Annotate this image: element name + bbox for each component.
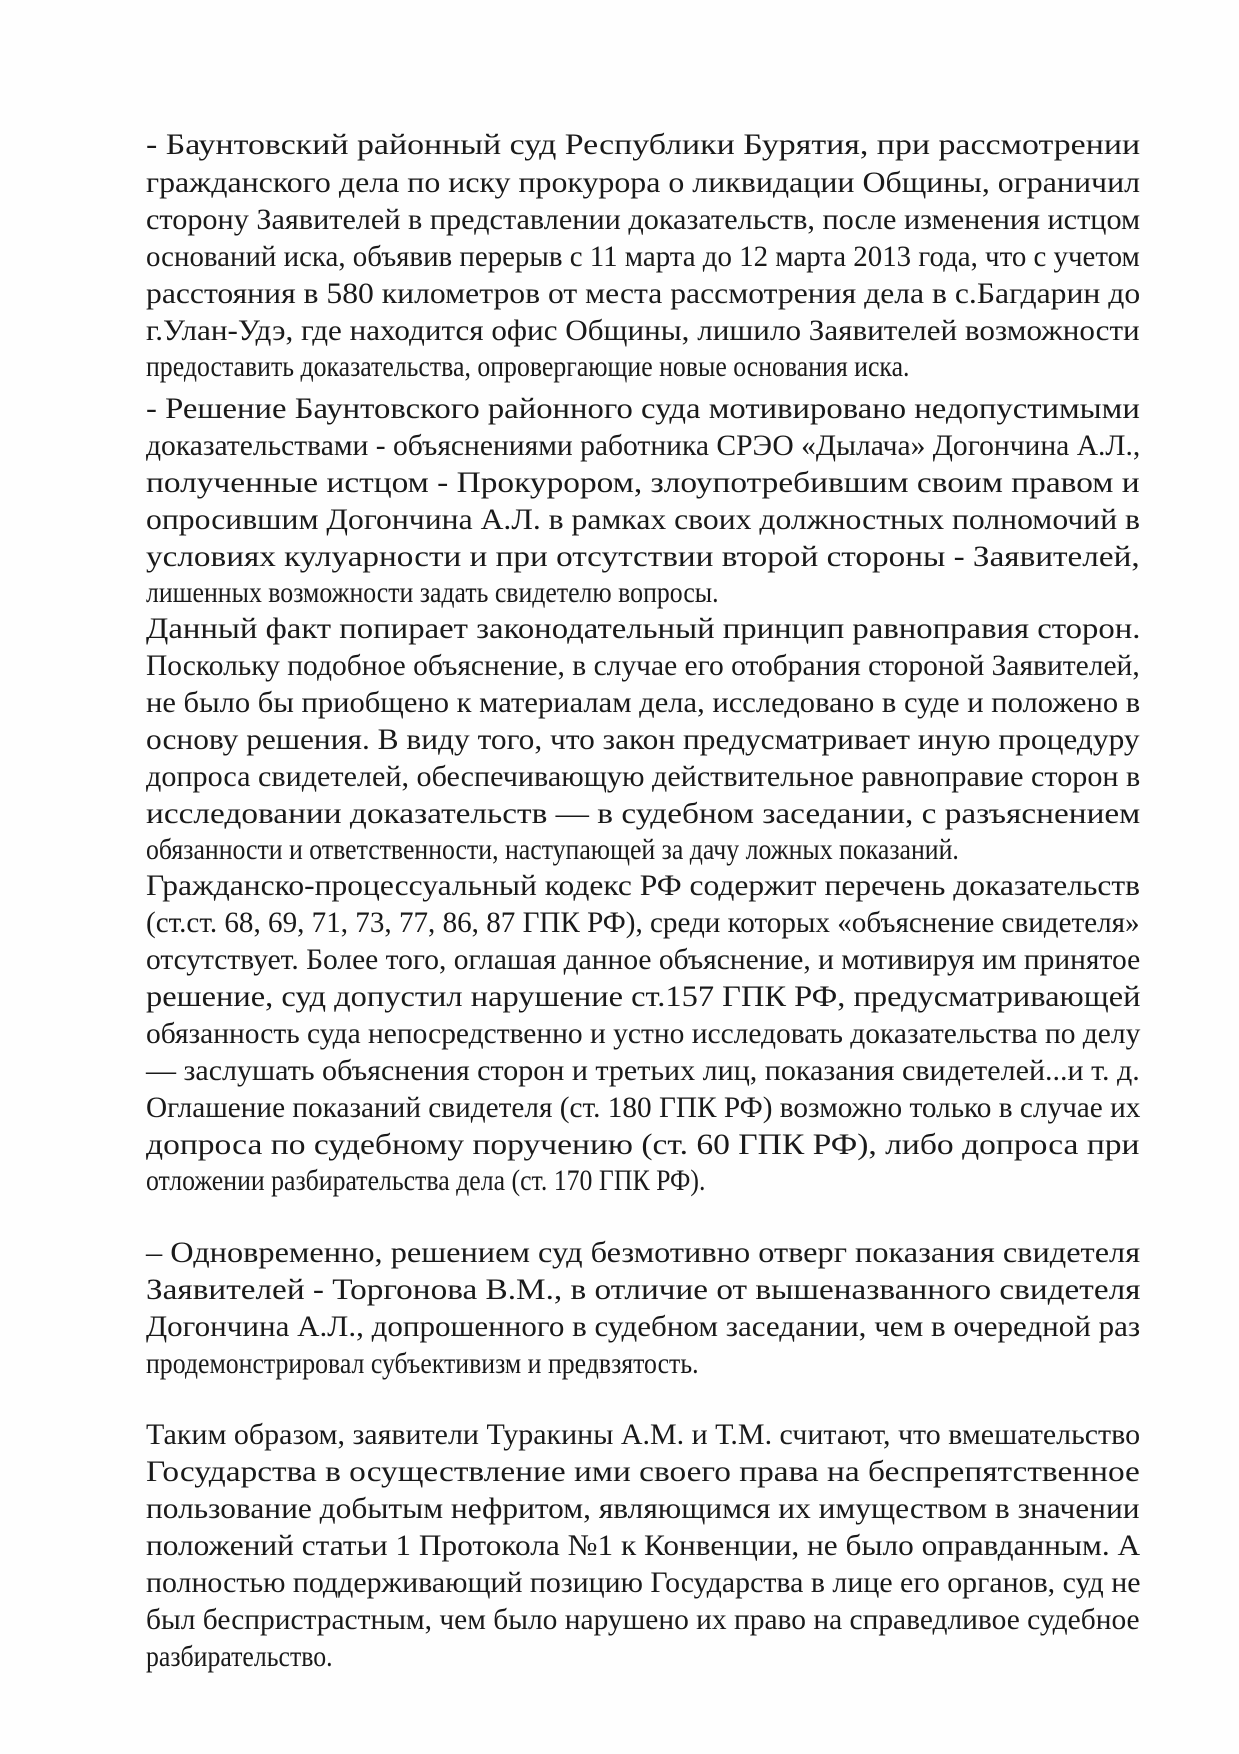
text-line: был беспристрастным, чем было нарушено и…: [146, 1603, 1140, 1637]
text-line: отсутствует. Более того, оглашая данное …: [146, 943, 1140, 977]
text-line: опросившим Догончина А.Л. в рамках своих…: [146, 503, 1140, 537]
text-line: обязанность суда непосредственно и устно…: [146, 1017, 1140, 1051]
text-line: предоставить доказательства, опровергающ…: [146, 350, 909, 384]
text-line: Заявителей - Торгонова В.М., в отличие о…: [146, 1273, 1140, 1307]
text-line: г.Улан-Удэ, где находится офис Общины, л…: [146, 314, 1140, 348]
text-line: разбирательство.: [146, 1640, 333, 1674]
text-line: — заслушать объяснения сторон и третьих …: [146, 1054, 1140, 1088]
text-line: положений статьи 1 Протокола №1 к Конвен…: [146, 1529, 1140, 1563]
text-line: – Одновременно, решением суд безмотивно …: [146, 1236, 1140, 1270]
text-line: доказательствами - объяснениями работник…: [146, 429, 1140, 463]
text-line: расстояния в 580 километров от места рас…: [146, 277, 1140, 311]
text-line: условиях кулуарности и при отсутствии вт…: [146, 540, 1140, 574]
text-line: Догончина А.Л., допрошенного в судебном …: [146, 1310, 1140, 1344]
text-line: продемонстрировал субъективизм и предвзя…: [146, 1347, 699, 1381]
text-line: - Баунтовский районный суд Республики Бу…: [146, 128, 1140, 162]
text-line: отложении разбирательства дела (ст. 170 …: [146, 1164, 705, 1198]
text-line: сторону Заявителей в представлении доказ…: [146, 203, 1140, 237]
text-line: лишенных возможности задать свидетелю во…: [146, 576, 719, 610]
text-line: полностью поддерживающий позицию Государ…: [146, 1566, 1140, 1600]
text-line: допроса по судебному поручению (ст. 60 Г…: [146, 1128, 1139, 1162]
text-line: Оглашение показаний свидетеля (ст. 180 Г…: [146, 1091, 1140, 1125]
text-line: (ст.ст. 68, 69, 71, 73, 77, 86, 87 ГПК Р…: [146, 906, 1140, 940]
text-line: допроса свидетелей, обеспечивающую дейст…: [146, 760, 1140, 794]
text-line: не было бы приобщено к материалам дела, …: [146, 686, 1140, 720]
text-line: гражданского дела по иску прокурора о ли…: [146, 166, 1140, 200]
text-line: обязанности и ответственности, наступающ…: [146, 833, 959, 867]
text-line: - Решение Баунтовского районного суда мо…: [146, 392, 1140, 426]
text-line: Данный факт попирает законодательный при…: [146, 612, 1140, 646]
text-line: пользование добытым нефритом, являющимся…: [146, 1492, 1140, 1526]
text-line: полученные истцом - Прокурором, злоупотр…: [146, 466, 1140, 500]
text-line: Поскольку подобное объяснение, в случае …: [146, 649, 1140, 683]
text-line: исследовании доказательств — в судебном …: [146, 797, 1140, 831]
text-line: Гражданско-процессуальный кодекс РФ соде…: [146, 869, 1140, 903]
text-line: Таким образом, заявители Туракины А.М. и…: [146, 1418, 1140, 1452]
text-line: основу решения. В виду того, что закон п…: [146, 723, 1140, 757]
text-line: Государства в осуществление ими своего п…: [146, 1455, 1140, 1489]
text-line: оснований иска, объявив перерыв с 11 мар…: [146, 240, 1140, 274]
text-line: решение, суд допустил нарушение ст.157 Г…: [146, 980, 1141, 1014]
document-page: - Баунтовский районный суд Республики Бу…: [0, 0, 1239, 1754]
